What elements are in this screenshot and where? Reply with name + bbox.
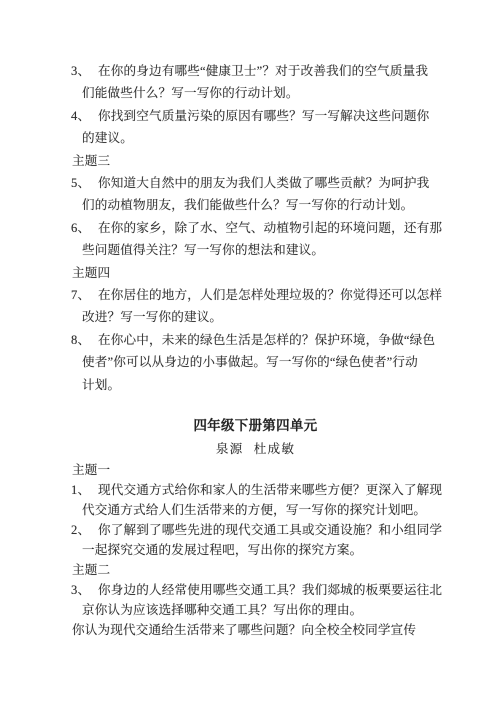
item-number: 8、: [71, 329, 98, 351]
item-wrap-line: 使者”你可以从身边的小事做起。写一写你的“绿色使者”行动: [71, 351, 440, 373]
item-text-line: 你知道大自然中的朋友为我们人类做了哪些贡献？为呵护我: [98, 176, 429, 190]
item-text-line: 你找到空气质量污染的原因有哪些？写一写解决这些问题你: [98, 109, 429, 123]
item-text-line: 在你居住的地方，人们是怎样处理垃圾的？你觉得还可以怎样: [98, 288, 442, 302]
item-wrap-line: 的建议。: [71, 127, 440, 149]
list-item-line: 4、你找到空气质量污染的原因有哪些？写一写解决这些问题你: [71, 105, 440, 127]
paragraph-line: 你认为现代交通给生活带来了哪些问题？向全校全校同学宣传: [71, 620, 440, 640]
item-number: 3、: [71, 580, 98, 600]
item-wrap-line: 京你认为应该选择哪种交通工具？写出你的理由。: [71, 600, 440, 620]
topic-heading: 主题四: [71, 262, 440, 284]
item-wrap-line: 改进？写一写你的建议。: [71, 306, 440, 328]
list-item-line: 3、你身边的人经常使用哪些交通工具？我们郯城的板栗要运往北: [71, 580, 440, 600]
item-number: 3、: [71, 60, 98, 82]
list-item-line: 8、在你心中，未来的绿色生活是怎样的？保护环境，争做“绿色: [71, 329, 440, 351]
item-wrap-line: 些问题值得关注？写一写你的想法和建议。: [71, 239, 440, 261]
section-unit3-questions: 3、在你的身边有哪些“健康卫士”？对于改善我们的空气质量我 们能做些什么？写一写…: [71, 60, 440, 396]
list-item-line: 7、在你居住的地方，人们是怎样处理垃圾的？你觉得还可以怎样: [71, 284, 440, 306]
item-number: 7、: [71, 284, 98, 306]
unit-title: 四年级下册第四单元: [71, 413, 440, 439]
unit4-header: 四年级下册第四单元 泉源 杜成敏: [71, 413, 440, 460]
item-wrap-line: 一起探究交通的发展过程吧，写出你的探究方案。: [71, 540, 440, 560]
list-item-line: 2、你了解到了哪些先进的现代交通工具或交通设施？和小组同学: [71, 520, 440, 540]
topic-heading: 主题一: [71, 460, 440, 480]
item-wrap-line: 代交通方式给人们生活带来的方便，写一写你的探究计划吧。: [71, 500, 440, 520]
item-text-line: 你身边的人经常使用哪些交通工具？我们郯城的板栗要运往北: [98, 583, 442, 597]
list-item-line: 1、现代交通方式给你和家人的生活带来哪些方便？更深入了解现: [71, 480, 440, 500]
item-number: 4、: [71, 105, 98, 127]
item-number: 6、: [71, 217, 98, 239]
list-item-line: 3、在你的身边有哪些“健康卫士”？对于改善我们的空气质量我: [71, 60, 440, 82]
section-unit4-questions: 主题一 1、现代交通方式给你和家人的生活带来哪些方便？更深入了解现 代交通方式给…: [71, 460, 440, 640]
item-text-line: 在你的家乡，除了水、空气、动植物引起的环境问题，还有那: [98, 221, 442, 235]
item-number: 1、: [71, 480, 98, 500]
topic-heading: 主题三: [71, 150, 440, 172]
item-text-line: 现代交通方式给你和家人的生活带来哪些方便？更深入了解现: [98, 483, 442, 497]
item-text-line: 你了解到了哪些先进的现代交通工具或交通设施？和小组同学: [98, 523, 442, 537]
item-wrap-line: 计划。: [71, 374, 440, 396]
item-text-line: 在你的身边有哪些“健康卫士”？对于改善我们的空气质量我: [98, 64, 428, 78]
item-wrap-line: 们的动植物朋友，我们能做些什么？写一写你的行动计划。: [71, 194, 440, 216]
list-item-line: 6、在你的家乡，除了水、空气、动植物引起的环境问题，还有那: [71, 217, 440, 239]
topic-heading: 主题二: [71, 560, 440, 580]
unit-author: 泉源 杜成敏: [71, 439, 440, 460]
document-page: 3、在你的身边有哪些“健康卫士”？对于改善我们的空气质量我 们能做些什么？写一写…: [0, 0, 500, 707]
item-wrap-line: 们能做些什么？写一写你的行动计划。: [71, 82, 440, 104]
item-text-line: 在你心中，未来的绿色生活是怎样的？保护环境，争做“绿色: [98, 333, 435, 347]
item-number: 2、: [71, 520, 98, 540]
item-number: 5、: [71, 172, 98, 194]
list-item-line: 5、你知道大自然中的朋友为我们人类做了哪些贡献？为呵护我: [71, 172, 440, 194]
